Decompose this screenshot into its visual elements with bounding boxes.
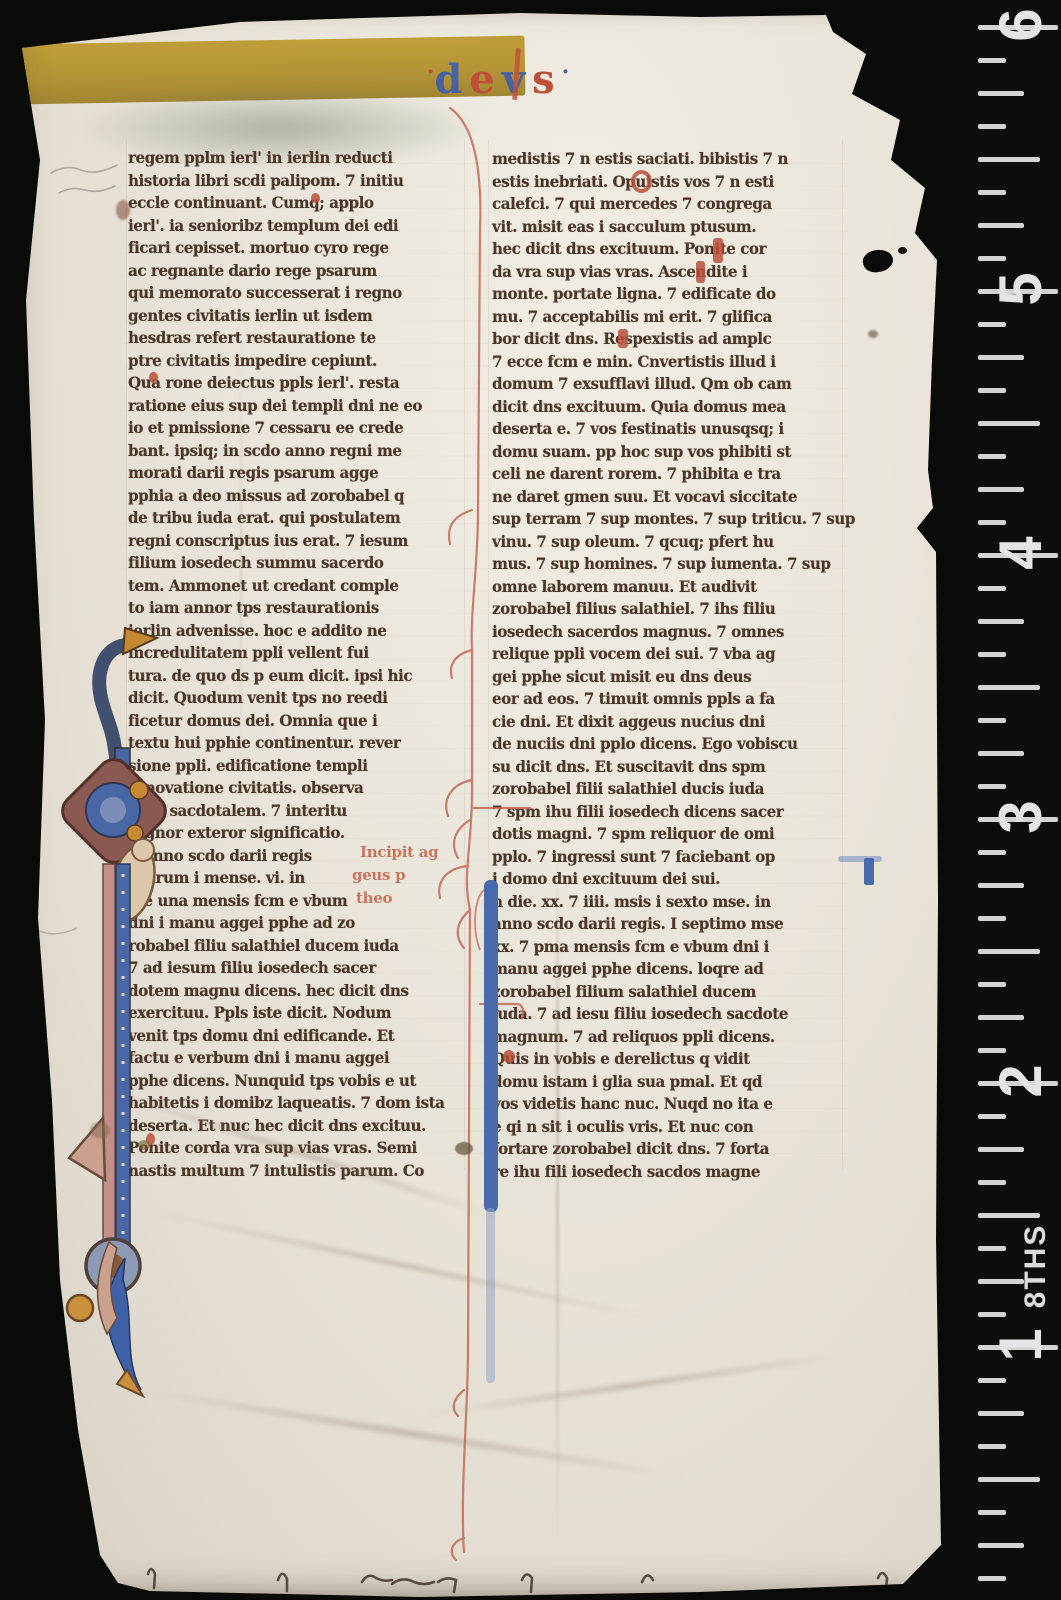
- rubric-incipit: theo: [356, 889, 392, 907]
- illuminated-initial-I: [65, 618, 225, 1408]
- text-line: qui memorato successerat i regno: [128, 281, 466, 305]
- text-line: regem pplm ierl' in ierlin reducti: [128, 146, 466, 170]
- pencil-annotation: [45, 155, 135, 205]
- ruler-tick: [978, 157, 1040, 162]
- ruler-tick: [978, 454, 1006, 459]
- ruler-tick: [978, 1444, 1006, 1449]
- blue-paragraph-flourish: [838, 856, 882, 862]
- ruler-tick: [978, 1510, 1006, 1515]
- text-line: gentes civitatis ierlin ut isdem: [128, 304, 466, 328]
- ruler-eighths-label: 8THS: [1019, 1206, 1053, 1326]
- ruler-tick: [978, 652, 1006, 657]
- stain: [116, 200, 130, 220]
- paraph-mark: ·: [562, 59, 570, 85]
- text-line: bant. ipsiq; in scdo anno regni me: [128, 439, 466, 463]
- ruler-tick: [978, 1180, 1006, 1185]
- text-line: eccle continuant. Cumq; applo: [128, 191, 466, 215]
- text-line: Qua rone deiectus ppls ierl'. resta: [128, 371, 466, 395]
- ruler-tick: [978, 751, 1024, 756]
- cropped-text-fragment: [130, 1556, 930, 1598]
- pencil-annotation: [10, 915, 90, 950]
- ruler-tick: [978, 91, 1024, 96]
- stain: [455, 1142, 473, 1155]
- stain: [138, 1140, 150, 1150]
- text-line: to iam annor tps restaurationis: [128, 596, 466, 620]
- rubricated-capital-mark: [631, 170, 652, 193]
- ruler-tick: [978, 916, 1006, 921]
- ruler-tick: [978, 124, 1006, 129]
- text-line: ierl'. ia senioribz templum dei edi: [128, 214, 466, 238]
- ruler-tick: [978, 223, 1024, 228]
- text-line: historia libri scdi palipom. 7 initiu: [128, 169, 466, 193]
- ruler-tick: [978, 487, 1024, 492]
- ruler-tick: [978, 619, 1024, 624]
- text-line: ficari cepisset. mortuo cyro rege: [128, 236, 466, 260]
- text-line: filium iosedech summu sacerdo: [128, 551, 466, 575]
- rubric-incipit: geus p: [352, 866, 405, 884]
- stain: [868, 330, 878, 338]
- ruler-tick: [978, 982, 1006, 987]
- text-line: hesdras refert restauratione te: [128, 326, 466, 350]
- text-line: io et pmissione 7 cessaru ee crede: [128, 416, 466, 440]
- manuscript-photo: ·devs· regem pplm ierl' in ierlin reduct…: [0, 0, 1061, 1600]
- ruler-tick: [978, 1147, 1024, 1152]
- wormhole: [861, 247, 895, 275]
- ruler-tick: [978, 1576, 1006, 1581]
- ruler-tick: [978, 421, 1040, 426]
- ruler: 654321 8THS: [944, 0, 1061, 1600]
- text-line: regni conscriptus ius erat. 7 iesum: [128, 529, 466, 553]
- rubricated-capital-mark: [149, 372, 158, 383]
- ruler-tick: [978, 1279, 1024, 1284]
- ruler-tick: [978, 949, 1040, 954]
- manuscript-leaf: ·devs· regem pplm ierl' in ierlin reduct…: [0, 0, 1061, 1600]
- text-line: ptre civitatis impedire cepiunt.: [128, 349, 466, 373]
- ruler-tick: [978, 1477, 1040, 1482]
- ruler-tick: [978, 1411, 1024, 1416]
- text-line: morati darii regis psarum agge: [128, 461, 466, 485]
- ruler-tick: [978, 1246, 1006, 1251]
- blue-paragraph-initial: [864, 858, 874, 885]
- rubricated-capital-mark: [696, 261, 705, 283]
- stain: [90, 1122, 110, 1138]
- ruler-tick: [978, 1543, 1024, 1548]
- rubricated-capital-mark: [713, 238, 723, 263]
- ruler-tick: [978, 685, 1040, 690]
- text-line: ac regnante dario rege psarum: [128, 259, 466, 283]
- ruler-number: 6: [989, 0, 1053, 60]
- text-line: pphia a deo missus ad zorobabel q: [128, 484, 466, 508]
- crease: [556, 840, 559, 1560]
- ruler-tick: [978, 355, 1024, 360]
- rubricated-capital-mark: [311, 193, 320, 203]
- wormhole: [898, 247, 907, 254]
- text-line: tem. Ammonet ut credant comple: [128, 574, 466, 598]
- rubricated-capital-mark: [618, 329, 628, 348]
- ruler-number: 5: [989, 254, 1053, 324]
- ruler-tick: [978, 190, 1006, 195]
- ruler-number: 4: [989, 518, 1053, 588]
- ruler-tick: [978, 1015, 1024, 1020]
- text-line: de tribu iuda erat. qui postulatem: [128, 506, 466, 530]
- crease: [133, 1386, 687, 1481]
- ruler-tick: [978, 883, 1024, 888]
- ruler-tick: [978, 718, 1006, 723]
- ruler-number: 3: [989, 782, 1053, 852]
- text-line: ratione eius sup dei templi dni ne eo: [128, 394, 466, 418]
- ruler-tick: [978, 388, 1006, 393]
- crease: [240, 330, 242, 800]
- ruler-number: 2: [989, 1046, 1053, 1116]
